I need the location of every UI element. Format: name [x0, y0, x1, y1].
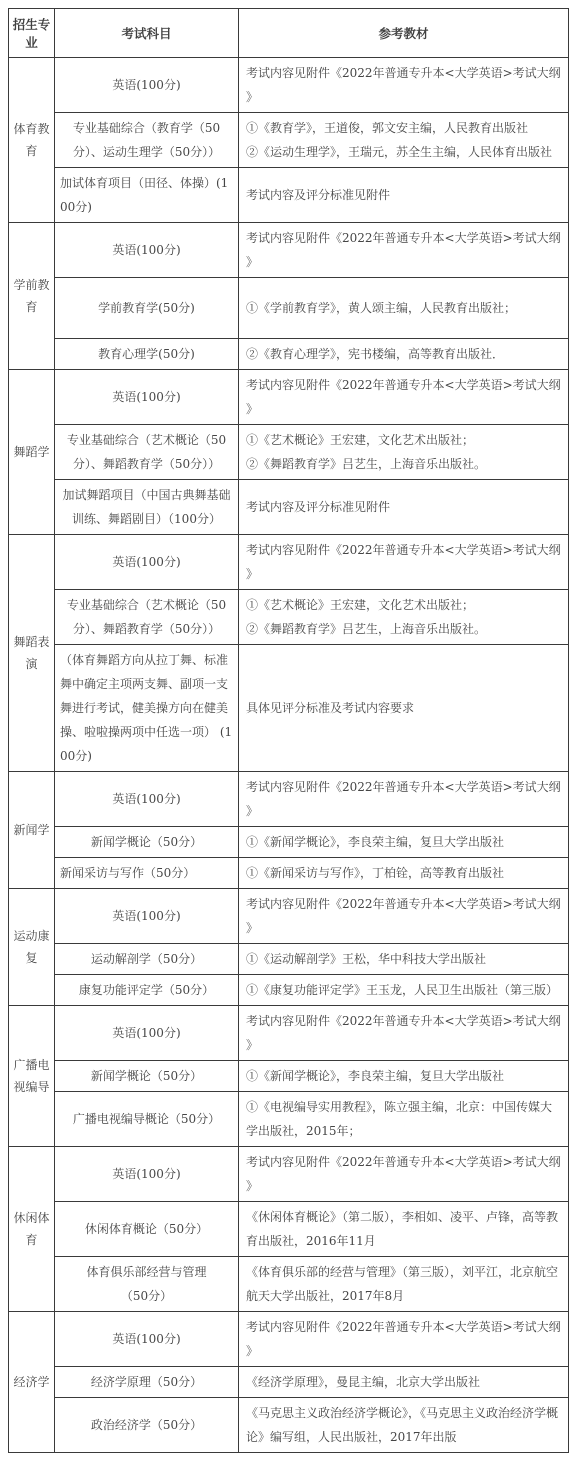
subject-text: 加试舞蹈项目（中国古典舞基础训练、舞蹈剧目）（100分）: [60, 483, 233, 531]
material-text: 考试内容见附件《2022年普通专升本<大学英语>考试大纲 》: [246, 538, 561, 586]
subject-cell: 加试舞蹈项目（中国古典舞基础训练、舞蹈剧目）（100分）: [55, 480, 239, 535]
subject-text: 运动解剖学（50分）: [60, 947, 233, 971]
material-text: 《经济学原理》，曼昆主编，北京大学出版社: [246, 1370, 561, 1394]
materials-cell: ①《学前教育学》，黄人颂主编，人民教育出版社；: [239, 278, 569, 339]
table-row: 专业基础综合（教育学（50分）、运动生理学（50分））①《教育学》，王道俊，郭文…: [9, 113, 569, 168]
subject-cell: 专业基础综合（艺术概论（50分）、舞蹈教育学（50分））: [55, 590, 239, 645]
table-row: 体育俱乐部经营与管理（50分）《体育俱乐部的经营与管理》（第三版），刘平江，北京…: [9, 1257, 569, 1312]
subject-cell: 康复功能评定学（50分）: [55, 975, 239, 1006]
material-text: ①《运动解剖学》王松，华中科技大学出版社: [246, 947, 561, 971]
material-text: ①《艺术概论》王宏建，文化艺术出版社；: [246, 428, 561, 452]
materials-cell: 具体见评分标准及考试内容要求: [239, 645, 569, 772]
subject-cell: 新闻采访与写作（50分）: [55, 858, 239, 889]
material-text: 考试内容见附件《2022年普通专升本<大学英语>考试大纲 》: [246, 1009, 561, 1057]
materials-cell: 考试内容见附件《2022年普通专升本<大学英语>考试大纲 》: [239, 370, 569, 425]
subject-cell: 专业基础综合（教育学（50分）、运动生理学（50分））: [55, 113, 239, 168]
major-cell: 广播电视编导: [9, 1006, 55, 1147]
material-text: ①《教育学》，王道俊，郭文安主编，人民教育出版社: [246, 116, 561, 140]
materials-cell: 考试内容见附件《2022年普通专升本<大学英语>考试大纲 》: [239, 1312, 569, 1367]
table-row: 舞蹈学英语(100分)考试内容见附件《2022年普通专升本<大学英语>考试大纲 …: [9, 370, 569, 425]
subject-cell: 新闻学概论（50分）: [55, 1061, 239, 1092]
subject-text: 加试体育项目（田径、体操）(100分): [60, 171, 233, 219]
material-text: 《休闲体育概论》（第二版），李相如、凌平、卢锋，高等教育出版社，2016年11月: [246, 1205, 561, 1253]
material-text: ①《康复功能评定学》王玉龙，人民卫生出版社（第三版）: [246, 978, 561, 1002]
material-text: 考试内容见附件《2022年普通专升本<大学英语>考试大纲 》: [246, 775, 561, 823]
materials-cell: ①《艺术概论》王宏建，文化艺术出版社；②《舞蹈教育学》吕艺生，上海音乐出版社。: [239, 425, 569, 480]
subject-cell: 体育俱乐部经营与管理（50分）: [55, 1257, 239, 1312]
material-text: ②《舞蹈教育学》吕艺生，上海音乐出版社。: [246, 617, 561, 641]
subject-text: 英语(100分): [60, 238, 233, 262]
subject-cell: 英语(100分): [55, 772, 239, 827]
material-text: 考试内容见附件《2022年普通专升本<大学英语>考试大纲 》: [246, 373, 561, 421]
table-row: 休闲体育英语(100分)考试内容见附件《2022年普通专升本<大学英语>考试大纲…: [9, 1147, 569, 1202]
material-text: 考试内容及评分标准见附件: [246, 183, 561, 207]
major-cell: 新闻学: [9, 772, 55, 889]
subject-cell: 广播电视编导概论（50分）: [55, 1092, 239, 1147]
subject-cell: 英语(100分): [55, 58, 239, 113]
material-text: 考试内容见附件《2022年普通专升本<大学英语>考试大纲 》: [246, 61, 561, 109]
major-cell: 体育教育: [9, 58, 55, 223]
subject-text: 学前教育学(50分): [60, 296, 233, 320]
subject-cell: 运动解剖学（50分）: [55, 944, 239, 975]
subject-text: 英语(100分): [60, 787, 233, 811]
major-cell: 舞蹈表演: [9, 535, 55, 772]
subject-text: （50分）: [60, 1284, 233, 1308]
subject-text: 教育心理学(50分): [60, 342, 233, 366]
table-row: 加试舞蹈项目（中国古典舞基础训练、舞蹈剧目）（100分）考试内容及评分标准见附件: [9, 480, 569, 535]
materials-cell: 考试内容及评分标准见附件: [239, 480, 569, 535]
subject-text: 新闻学概论（50分）: [60, 830, 233, 854]
subject-cell: 加试体育项目（田径、体操）(100分): [55, 168, 239, 223]
materials-cell: 《马克思主义政治经济学概论》，《马克思主义政治经济学概论》编写组，人民出版社，2…: [239, 1398, 569, 1453]
table-row: 广播电视编导英语(100分)考试内容见附件《2022年普通专升本<大学英语>考试…: [9, 1006, 569, 1061]
table-row: 康复功能评定学（50分）①《康复功能评定学》王玉龙，人民卫生出版社（第三版）: [9, 975, 569, 1006]
material-text: 考试内容见附件《2022年普通专升本<大学英语>考试大纲 》: [246, 1150, 561, 1198]
material-text: ①《新闻学概论》，李良荣主编，复旦大学出版社: [246, 1064, 561, 1088]
subject-text: 英语(100分): [60, 550, 233, 574]
subject-cell: 学前教育学(50分): [55, 278, 239, 339]
table-row: 新闻学概论（50分）①《新闻学概论》，李良荣主编，复旦大学出版社: [9, 827, 569, 858]
table-row: 体育教育英语(100分)考试内容见附件《2022年普通专升本<大学英语>考试大纲…: [9, 58, 569, 113]
subject-text: 广播电视编导概论（50分）: [60, 1107, 233, 1131]
table-header-row: 招生专业 考试科目 参考教材: [9, 9, 569, 58]
materials-cell: ②《教育心理学》，宪书楼编，高等教育出版社．: [239, 339, 569, 370]
subject-text: （体育舞蹈方向从拉丁舞、标准舞中确定主项两支舞、副项一支舞进行考试，健美操方向在…: [60, 648, 233, 768]
table-row: 专业基础综合（艺术概论（50分）、舞蹈教育学（50分））①《艺术概论》王宏建，文…: [9, 590, 569, 645]
table-row: 学前教育英语(100分)考试内容见附件《2022年普通专升本<大学英语>考试大纲…: [9, 223, 569, 278]
subject-text: 政治经济学（50分）: [60, 1413, 233, 1437]
major-cell: 舞蹈学: [9, 370, 55, 535]
table-row: 经济学英语(100分)考试内容见附件《2022年普通专升本<大学英语>考试大纲 …: [9, 1312, 569, 1367]
material-text: ①《学前教育学》，黄人颂主编，人民教育出版社；: [246, 296, 561, 320]
table-row: 新闻学概论（50分）①《新闻学概论》，李良荣主编，复旦大学出版社: [9, 1061, 569, 1092]
table-row: 经济学原理（50分）《经济学原理》，曼昆主编，北京大学出版社: [9, 1367, 569, 1398]
exam-subjects-table: 招生专业 考试科目 参考教材 体育教育英语(100分)考试内容见附件《2022年…: [8, 8, 569, 1453]
subject-cell: 英语(100分): [55, 1312, 239, 1367]
material-text: ②《运动生理学》，王瑞元，苏全生主编，人民体育出版社: [246, 140, 561, 164]
materials-cell: 考试内容见附件《2022年普通专升本<大学英语>考试大纲 》: [239, 58, 569, 113]
table-row: 新闻采访与写作（50分）①《新闻采访与写作》，丁柏铨，高等教育出版社: [9, 858, 569, 889]
material-text: 考试内容见附件《2022年普通专升本<大学英语>考试大纲 》: [246, 226, 561, 274]
subject-cell: 经济学原理（50分）: [55, 1367, 239, 1398]
material-text: ②《舞蹈教育学》吕艺生，上海音乐出版社。: [246, 452, 561, 476]
header-exam-subject: 考试科目: [55, 9, 239, 58]
subject-cell: 教育心理学(50分): [55, 339, 239, 370]
material-text: 考试内容见附件《2022年普通专升本<大学英语>考试大纲 》: [246, 892, 561, 940]
materials-cell: 考试内容见附件《2022年普通专升本<大学英语>考试大纲 》: [239, 772, 569, 827]
material-text: 考试内容及评分标准见附件: [246, 495, 561, 519]
material-text: ①《艺术概论》王宏建，文化艺术出版社；: [246, 593, 561, 617]
subject-cell: 英语(100分): [55, 535, 239, 590]
materials-cell: 《经济学原理》，曼昆主编，北京大学出版社: [239, 1367, 569, 1398]
table-row: 学前教育学(50分)①《学前教育学》，黄人颂主编，人民教育出版社；: [9, 278, 569, 339]
subject-cell: 英语(100分): [55, 370, 239, 425]
materials-cell: ①《新闻采访与写作》，丁柏铨，高等教育出版社: [239, 858, 569, 889]
materials-cell: ①《艺术概论》王宏建，文化艺术出版社；②《舞蹈教育学》吕艺生，上海音乐出版社。: [239, 590, 569, 645]
subject-text: 专业基础综合（教育学（50分）、运动生理学（50分））: [60, 116, 233, 164]
subject-text: 新闻学概论（50分）: [60, 1064, 233, 1088]
subject-cell: 英语(100分): [55, 223, 239, 278]
subject-cell: 新闻学概论（50分）: [55, 827, 239, 858]
table-row: 专业基础综合（艺术概论（50分）、舞蹈教育学（50分））①《艺术概论》王宏建，文…: [9, 425, 569, 480]
materials-cell: ①《教育学》，王道俊，郭文安主编，人民教育出版社②《运动生理学》，王瑞元，苏全生…: [239, 113, 569, 168]
materials-cell: ①《电视编导实用教程》，陈立强主编，北京：中国传媒大学出版社，2015年；: [239, 1092, 569, 1147]
materials-cell: 《休闲体育概论》（第二版），李相如、凌平、卢锋，高等教育出版社，2016年11月: [239, 1202, 569, 1257]
major-cell: 运动康复: [9, 889, 55, 1006]
major-cell: 休闲体育: [9, 1147, 55, 1312]
materials-cell: 考试内容及评分标准见附件: [239, 168, 569, 223]
table-row: 政治经济学（50分）《马克思主义政治经济学概论》，《马克思主义政治经济学概论》编…: [9, 1398, 569, 1453]
exam-table-body: 体育教育英语(100分)考试内容见附件《2022年普通专升本<大学英语>考试大纲…: [9, 58, 569, 1453]
materials-cell: 考试内容见附件《2022年普通专升本<大学英语>考试大纲 》: [239, 1006, 569, 1061]
header-reference-materials: 参考教材: [239, 9, 569, 58]
subject-text: 英语(100分): [60, 1021, 233, 1045]
materials-cell: ①《运动解剖学》王松，华中科技大学出版社: [239, 944, 569, 975]
material-text: 具体见评分标准及考试内容要求: [246, 696, 561, 720]
major-cell: 学前教育: [9, 223, 55, 370]
subject-text: 英语(100分): [60, 1162, 233, 1186]
material-text: ②《教育心理学》，宪书楼编，高等教育出版社．: [246, 342, 561, 366]
subject-cell: 英语(100分): [55, 889, 239, 944]
subject-cell: 英语(100分): [55, 1147, 239, 1202]
subject-text: 新闻采访与写作（50分）: [60, 861, 233, 885]
materials-cell: 考试内容见附件《2022年普通专升本<大学英语>考试大纲 》: [239, 889, 569, 944]
table-row: 新闻学英语(100分)考试内容见附件《2022年普通专升本<大学英语>考试大纲 …: [9, 772, 569, 827]
table-row: 加试体育项目（田径、体操）(100分)考试内容及评分标准见附件: [9, 168, 569, 223]
materials-cell: 考试内容见附件《2022年普通专升本<大学英语>考试大纲 》: [239, 535, 569, 590]
material-text: 考试内容见附件《2022年普通专升本<大学英语>考试大纲 》: [246, 1315, 561, 1363]
material-text: 《马克思主义政治经济学概论》，《马克思主义政治经济学概论》编写组，人民出版社，2…: [246, 1401, 561, 1449]
table-row: 运动解剖学（50分）①《运动解剖学》王松，华中科技大学出版社: [9, 944, 569, 975]
materials-cell: 《体育俱乐部的经营与管理》（第三版），刘平江，北京航空航天大学出版社，2017年…: [239, 1257, 569, 1312]
table-row: （体育舞蹈方向从拉丁舞、标准舞中确定主项两支舞、副项一支舞进行考试，健美操方向在…: [9, 645, 569, 772]
subject-cell: 专业基础综合（艺术概论（50分）、舞蹈教育学（50分））: [55, 425, 239, 480]
table-row: 教育心理学(50分)②《教育心理学》，宪书楼编，高等教育出版社．: [9, 339, 569, 370]
materials-cell: 考试内容见附件《2022年普通专升本<大学英语>考试大纲 》: [239, 1147, 569, 1202]
subject-text: 专业基础综合（艺术概论（50分）、舞蹈教育学（50分））: [60, 593, 233, 641]
subject-cell: 休闲体育概论（50分）: [55, 1202, 239, 1257]
major-cell: 经济学: [9, 1312, 55, 1453]
materials-cell: ①《新闻学概论》，李良荣主编，复旦大学出版社: [239, 1061, 569, 1092]
subject-text: 专业基础综合（艺术概论（50分）、舞蹈教育学（50分））: [60, 428, 233, 476]
subject-text: 英语(100分): [60, 904, 233, 928]
subject-cell: 政治经济学（50分）: [55, 1398, 239, 1453]
table-row: 运动康复英语(100分)考试内容见附件《2022年普通专升本<大学英语>考试大纲…: [9, 889, 569, 944]
subject-text: 休闲体育概论（50分）: [60, 1217, 233, 1241]
subject-cell: （体育舞蹈方向从拉丁舞、标准舞中确定主项两支舞、副项一支舞进行考试，健美操方向在…: [55, 645, 239, 772]
materials-cell: 考试内容见附件《2022年普通专升本<大学英语>考试大纲 》: [239, 223, 569, 278]
subject-cell: 英语(100分): [55, 1006, 239, 1061]
table-row: 休闲体育概论（50分）《休闲体育概论》（第二版），李相如、凌平、卢锋，高等教育出…: [9, 1202, 569, 1257]
table-row: 广播电视编导概论（50分）①《电视编导实用教程》，陈立强主编，北京：中国传媒大学…: [9, 1092, 569, 1147]
material-text: ①《新闻学概论》，李良荣主编，复旦大学出版社: [246, 830, 561, 854]
materials-cell: ①《新闻学概论》，李良荣主编，复旦大学出版社: [239, 827, 569, 858]
material-text: ①《电视编导实用教程》，陈立强主编，北京：中国传媒大学出版社，2015年；: [246, 1095, 561, 1143]
material-text: ①《新闻采访与写作》，丁柏铨，高等教育出版社: [246, 861, 561, 885]
subject-text: 体育俱乐部经营与管理: [60, 1260, 233, 1284]
subject-text: 康复功能评定学（50分）: [60, 978, 233, 1002]
table-row: 舞蹈表演英语(100分)考试内容见附件《2022年普通专升本<大学英语>考试大纲…: [9, 535, 569, 590]
subject-text: 经济学原理（50分）: [60, 1370, 233, 1394]
header-major: 招生专业: [9, 9, 55, 58]
material-text: 《体育俱乐部的经营与管理》（第三版），刘平江，北京航空航天大学出版社，2017年…: [246, 1260, 561, 1308]
materials-cell: ①《康复功能评定学》王玉龙，人民卫生出版社（第三版）: [239, 975, 569, 1006]
subject-text: 英语(100分): [60, 1327, 233, 1351]
subject-text: 英语(100分): [60, 73, 233, 97]
subject-text: 英语(100分): [60, 385, 233, 409]
